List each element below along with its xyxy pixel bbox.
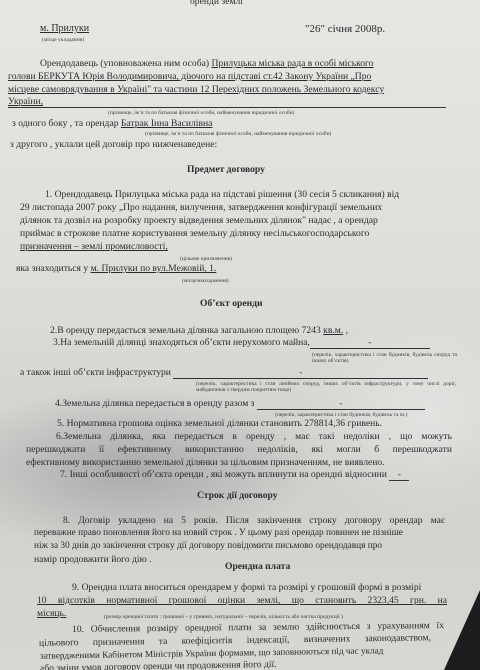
section-title-object: Об’єкт оренди xyxy=(200,298,263,309)
party-caption-1: (прізвище, ім’я та по батькові фізичної … xyxy=(108,110,294,116)
p1-line-1: 1. Орендодавець Прилуцька міська рада на… xyxy=(45,189,399,200)
tenant-name: Батрак Інна Василівна xyxy=(121,118,213,129)
property-text: 3.На земельній ділянці знаходяться об’єк… xyxy=(53,337,310,348)
p1-line-3: ділянок та дозвіл на розробку проекту ві… xyxy=(20,215,378,226)
party-caption-2: (прізвище, ім’я та по батькові фізичної … xyxy=(145,131,331,137)
p8-line-3: ніж за 30 днів до закінчення строку дії … xyxy=(34,541,382,551)
other-features-text: 7. Інші особливості об’єкта оренди , які… xyxy=(60,469,387,480)
intro-line-1: Орендодавець (уповноважена ним особа) Пр… xyxy=(40,58,374,69)
p10-line-4: або зміни умов договору оренди чи продов… xyxy=(40,659,277,670)
p9-line-2: 10 відсотків нормативної грошової оцінки… xyxy=(37,595,447,606)
infrastructure-text: а також інші об’єкти інфраструктури xyxy=(20,367,171,378)
infrastructure-blank: - xyxy=(173,367,428,379)
section-title-term: Строк дії договору xyxy=(197,490,278,501)
p8-line-1: 8. Договір укладено на 5 років. Після за… xyxy=(63,515,445,526)
section-title-subject: Предмет договору xyxy=(187,164,265,175)
tenant-prefix: з одного боку , та орендар xyxy=(12,118,121,129)
p6-line-1: 6.Земельна ділянка, яка передається в ор… xyxy=(56,431,452,442)
intro-line-2: голови БЕРКУТА Юрія Володимировича, діюч… xyxy=(8,71,371,82)
property-caption: (перелік, характеристика і стан будинків… xyxy=(312,352,457,364)
p1-line-2: 29 листопада 2007 року „Про надання, вил… xyxy=(20,202,382,213)
location-value: м. Прилуки по вул.Межовій, 1. xyxy=(91,263,217,274)
together-with-text: 4.Земельна ділянка передається в оренду … xyxy=(55,398,254,409)
contract-place: м. Прилуки xyxy=(40,23,89,34)
p4-line: 4.Земельна ділянка передається в оренду … xyxy=(55,398,425,410)
p3-line: 3.На земельній ділянці знаходяться об’єк… xyxy=(53,337,430,349)
p7-line: 7. Інші особливості об’єкта оренди , які… xyxy=(60,469,409,481)
area-suffix: , xyxy=(343,325,348,336)
other-features-blank: - xyxy=(389,469,409,481)
lessor-name: Прилуцька міська рада в особі міського xyxy=(211,58,373,69)
together-with-blank: - xyxy=(257,398,425,410)
purpose-caption: (цільове призначення) xyxy=(180,256,232,262)
p8-line-4: намір продовжити його дію . xyxy=(34,554,152,565)
intro-line-4: України, xyxy=(8,96,446,108)
area-text: 2.В оренду передається земельна ділянка … xyxy=(50,325,323,336)
location-caption: (місцезнаходження) xyxy=(182,278,229,284)
p8-line-2: переважне право поновлення його на новий… xyxy=(34,528,403,538)
property-blank: - xyxy=(310,337,430,349)
infrastructure-line: а також інші об’єкти інфраструктури - xyxy=(20,367,428,379)
p9-line-3: місяць. xyxy=(37,608,66,619)
p6-line-2: перешкоджати її ефективному використанню… xyxy=(26,444,452,455)
location-line: яка знаходиться у м. Прилуки по вул.Межо… xyxy=(16,263,216,274)
rent-caption: (розмір орендної плати : грошової – у гр… xyxy=(104,614,343,620)
place-caption: (місце укладання) xyxy=(42,37,84,43)
intro-line-5: з одного боку , та орендар Батрак Інна В… xyxy=(12,118,212,129)
document-title-fragment: оренди землі xyxy=(190,0,243,7)
document-page: оренди землі м. Прилуки (місце укладання… xyxy=(0,0,480,670)
location-prefix: яка знаходиться у xyxy=(16,263,91,274)
p5-line: 5. Нормативна грошова оцінка земельної д… xyxy=(57,418,382,429)
p1-line-5: призначення – землі промисловості, xyxy=(20,241,168,252)
intro-line-6: з другого , уклали цей договір про нижче… xyxy=(10,139,217,150)
intro-line-3: місцеве самоврядування в Україні" та час… xyxy=(8,84,384,95)
p2-line: 2.В оренду передається земельна ділянка … xyxy=(50,325,348,336)
p6-line-3: ефективному використанню земельної ділян… xyxy=(26,457,385,468)
contract-date: "26" січня 2008р. xyxy=(305,23,385,35)
intro-prefix: Орендодавець (уповноважена ним особа) xyxy=(40,58,211,69)
infrastructure-caption: (перелік, характеристика і стан лінійних… xyxy=(196,381,456,393)
area-unit: кв.м. xyxy=(323,325,343,336)
section-title-rent: Орендна плата xyxy=(225,561,290,572)
p1-line-4: приймає в строкове платне користування з… xyxy=(20,228,369,239)
p9-line-1: 9. Орендна плата вноситься орендарем у ф… xyxy=(72,582,421,593)
